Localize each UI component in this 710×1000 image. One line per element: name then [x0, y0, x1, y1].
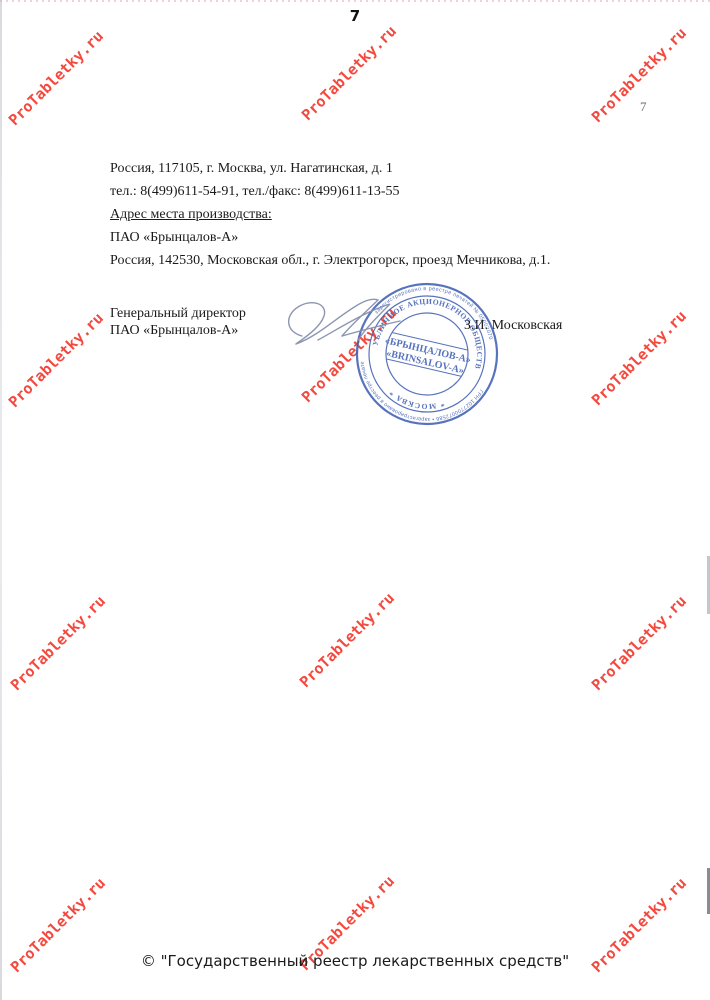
page-number: 7 [0, 7, 710, 25]
signatory-title-line2: ПАО «Брынцалов-А» [110, 322, 246, 339]
signature-stroke [318, 304, 390, 340]
watermark: ProTabletky.ru [588, 307, 690, 409]
signatory-title-line1: Генеральный директор [110, 305, 246, 322]
footer-copyright: © "Государственный реестр лекарственных … [0, 952, 710, 970]
watermark: ProTabletky.ru [588, 592, 690, 694]
production-address-heading: Адрес места производства: [110, 207, 272, 222]
producer-name: ПАО «Брынцалов-А» [110, 226, 550, 249]
signatory-title: Генеральный директор ПАО «Брынцалов-А» [110, 305, 246, 339]
document-body: Россия, 117105, г. Москва, ул. Нагатинск… [110, 157, 550, 272]
phone-line: тел.: 8(499)611-54-91, тел./факс: 8(499)… [110, 180, 550, 203]
watermark: ProTabletky.ru [298, 22, 400, 124]
watermark: ProTabletky.ru [5, 27, 107, 129]
watermark: ProTabletky.ru [588, 24, 690, 126]
production-address: Россия, 142530, Московская обл., г. Элек… [110, 249, 550, 272]
address-line: Россия, 117105, г. Москва, ул. Нагатинск… [110, 157, 550, 180]
page-number-secondary: 7 [640, 99, 647, 115]
director-signature [278, 288, 438, 358]
signature-loop [289, 303, 325, 344]
watermark: ProTabletky.ru [5, 309, 107, 411]
signature-stroke [296, 299, 378, 344]
scan-edge-left [0, 0, 2, 1000]
watermark: ProTabletky.ru [7, 592, 109, 694]
watermark: ProTabletky.ru [296, 589, 398, 691]
scan-edge-top [0, 0, 710, 2]
document-page: 7 7 ProTabletky.ru ProTabletky.ru ProTab… [0, 0, 710, 1000]
